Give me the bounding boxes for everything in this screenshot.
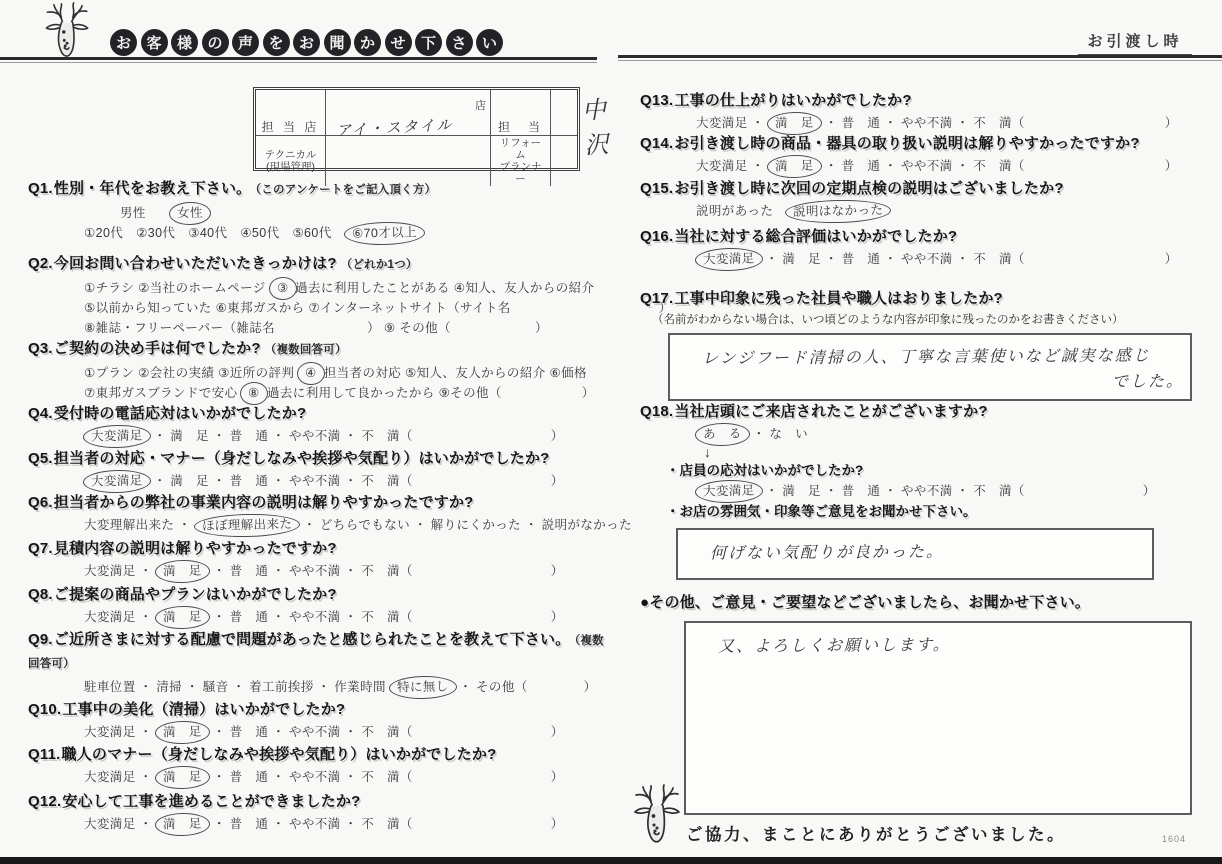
question-heading: 安心して工事を進めることができましたか?	[62, 793, 360, 810]
option-text: 過去に利用したことがある ④知人、友人からの紹介	[295, 281, 594, 295]
question-number: Q9.	[28, 631, 53, 648]
question-heading: 当社に対する総合評価はいかがでしたか?	[674, 228, 957, 245]
handwritten-comment: レンジフード清掃の人、丁寧な言葉使いなど誠実な感じ	[684, 342, 1176, 371]
options-line: ⑦東邦ガスブランドで安心 ⑧過去に利用して良かったから ⑨その他（）	[28, 383, 610, 403]
comment-box: レンジフード清掃の人、丁寧な言葉使いなど誠実な感じでした。	[668, 333, 1192, 401]
question-q3: Q3.ご契約の決め手は何でしたか?（複数回答可）①プラン ②会社の実績 ③近所の…	[28, 338, 610, 403]
comment-box: 又、よろしくお願いします。	[684, 621, 1192, 815]
thanks-message: ご協力、まことにありがとうございました。	[686, 821, 1066, 845]
survey-page: お客様の声をお聞かせ下さい お引渡し時 担 当 店 アイ・スタイル 店 担 当 …	[0, 0, 1222, 864]
title-badge-char: 聞	[324, 29, 351, 56]
question-heading-row: Q12.安心して工事を進めることができましたか?	[28, 791, 610, 812]
option-text: 大変満足 ・	[696, 159, 768, 173]
option-text: 駐車位置 ・ 清掃 ・ 騒音 ・ 着工前挨拶 ・ 作業時間	[84, 680, 390, 694]
circled-selected-option: 女性	[169, 202, 211, 226]
question-q4: Q4.受付時の電話応対はいかがでしたか?大変満足 ・ 満 足 ・ 普 通 ・ や…	[28, 403, 610, 446]
circled-selected-option: 満 足	[767, 111, 822, 135]
title-badge-char: 様	[171, 29, 198, 56]
title-badge-char: さ	[446, 29, 473, 56]
question-number: Q3.	[28, 340, 53, 357]
circled-selected-option: 大変満足	[83, 424, 151, 448]
answer-blank	[413, 735, 551, 736]
question-note: （このアンケートをご記入頂く方）	[255, 184, 436, 196]
question-q1: Q1.性別・年代をお教え下さい。（このアンケートをご記入頂く方）男性女性①20代…	[28, 178, 610, 243]
right-section-title: お引渡し時	[1078, 30, 1192, 56]
option-text: ）	[582, 386, 595, 400]
circled-selected-option: 大変満足	[695, 247, 763, 271]
question-q11: Q11.職人のマナー（身だしなみや挨拶や気配り）はいかがでしたか?大変満足 ・ …	[28, 744, 610, 787]
option-text: ）	[551, 725, 564, 739]
question-q17: Q17.工事中印象に残った社員や職人はおりましたか?（名前がわからない場合は、い…	[640, 288, 1218, 401]
question-q8: Q8.ご提案の商品やプランはいかがでしたか?大変満足 ・ 満 足 ・ 普 通 ・…	[28, 584, 610, 627]
question-heading: 職人のマナー（身だしなみや挨拶や気配り）はいかがでしたか?	[62, 746, 497, 763]
answer-blank	[1025, 169, 1165, 170]
option-text: ）	[1165, 252, 1178, 266]
circled-selected-option: あ る	[695, 422, 750, 446]
option-text: 大変満足 ・	[84, 770, 156, 784]
option-text: 大変満足 ・	[84, 564, 156, 578]
title-badge-char: の	[202, 29, 229, 56]
answer-blank	[1025, 126, 1165, 127]
answer-blank	[413, 439, 551, 440]
question-heading-row: Q1.性別・年代をお教え下さい。（このアンケートをご記入頂く方）	[28, 178, 610, 201]
options-line: 大変満足 ・ 満 足 ・ 普 通 ・ やや不満 ・ 不 満（）	[28, 426, 610, 446]
circled-selected-option: 満 足	[155, 812, 210, 836]
question-q16: Q16.当社に対する総合評価はいかがでしたか?大変満足 ・ 満 足 ・ 普 通 …	[640, 226, 1218, 269]
option-text: ）	[551, 817, 564, 831]
options-line: 大変満足 ・ 満 足 ・ 普 通 ・ やや不満 ・ 不 満（）	[28, 814, 610, 834]
question-q18: Q18.当社店頭にご来店されたことがございますか?あ る ・ な い↓・店員の応…	[640, 401, 1218, 580]
question-heading: 工事の仕上がりはいかがでしたか?	[674, 92, 911, 109]
option-text: ）	[1165, 116, 1178, 130]
question-heading-row: Q14.お引き渡し時の商品・器具の取り扱い説明は解りやすかったですか?	[640, 133, 1218, 154]
question-q12: Q12.安心して工事を進めることができましたか?大変満足 ・ 満 足 ・ 普 通…	[28, 791, 610, 834]
title-badge-char: お	[110, 29, 137, 56]
option-text: ・ 普 通 ・ やや不満 ・ 不 満（	[209, 725, 413, 739]
answer-blank	[528, 690, 584, 691]
answer-blank	[413, 574, 551, 575]
question-number: Q15.	[640, 180, 673, 197]
options-line: 大変満足 ・ 満 足 ・ 普 通 ・ やや不満 ・ 不 満（）	[640, 156, 1218, 176]
option-text: ・ な い	[749, 427, 808, 441]
sub-question: ・お店の雰囲気・印象等ご意見をお聞かせ下さい。	[640, 502, 1218, 522]
question-heading-row: Q6.担当者からの弊社の事業内容の説明は解りやすかったですか?	[28, 492, 610, 513]
circled-selected-option: 大変満足	[83, 469, 151, 493]
circled-selected-option: 満 足	[155, 720, 210, 744]
question-number: Q1.	[28, 180, 53, 197]
options-line: 駐車位置 ・ 清掃 ・ 騒音 ・ 着工前挨拶 ・ 作業時間 特に無し ・ その他…	[28, 677, 610, 697]
title-badge-char: を	[263, 29, 290, 56]
question-heading: 担当者からの弊社の事業内容の説明は解りやすかったですか?	[54, 494, 474, 511]
circled-selected-option: ⑧	[240, 382, 268, 406]
store-suffix-label: 店	[475, 97, 486, 113]
question-q7: Q7.見積内容の説明は解りやすかったですか?大変満足 ・ 満 足 ・ 普 通 ・…	[28, 538, 610, 581]
question-heading-row: Q18.当社店頭にご来店されたことがございますか?	[640, 401, 1218, 422]
circled-selected-option: ほぼ理解出来た	[194, 513, 301, 538]
option-text: ・ 満 足 ・ 普 通 ・ やや不満 ・ 不 満（	[150, 429, 413, 443]
option-text: ）	[551, 429, 564, 443]
option-text: ・ 満 足 ・ 普 通 ・ やや不満 ・ 不 満（	[762, 484, 1025, 498]
circled-selected-option: 満 足	[155, 765, 210, 789]
question-number: Q2.	[28, 255, 53, 272]
options-line: あ る ・ な い	[640, 424, 1218, 444]
circled-selected-option: 満 足	[767, 154, 822, 178]
question-heading: 今回お問い合わせいただいたきっかけは?	[54, 255, 337, 272]
question-note: （複数回答可）	[265, 344, 347, 356]
option-text: 男性	[120, 206, 146, 220]
question-note: （どれか1つ）	[341, 259, 418, 271]
staff-table-row: 担 当 店 アイ・スタイル 店 担 当 中沢	[256, 90, 577, 135]
question-heading-row: Q17.工事中印象に残った社員や職人はおりましたか?	[640, 288, 1218, 309]
title-badge-char: 下	[415, 29, 442, 56]
question-heading-row: Q8.ご提案の商品やプランはいかがでしたか?	[28, 584, 610, 605]
option-text: ⑦東邦ガスブランドで安心	[84, 386, 241, 400]
question-heading-row: Q9.ご近所さまに対する配慮で問題があったと感じられたことを教えて下さい。（複数…	[28, 629, 610, 675]
header-rule-right-thin	[618, 60, 1222, 61]
options-line: 大変満足 ・ 満 足 ・ 普 通 ・ やや不満 ・ 不 満（）	[28, 561, 610, 581]
comment-box: 何げない気配りが良かった。	[676, 528, 1154, 580]
left-column: Q1.性別・年代をお教え下さい。（このアンケートをご記入頂く方）男性女性①20代…	[28, 178, 610, 834]
option-text: 大変満足 ・	[84, 610, 156, 624]
option-text: ）	[584, 680, 597, 694]
option-text: ）	[1143, 484, 1156, 498]
option-text: 大変理解出来た ・	[84, 518, 195, 532]
question-heading: ご提案の商品やプランはいかがでしたか?	[54, 586, 337, 603]
answer-blank	[413, 620, 551, 621]
answer-blank	[1025, 494, 1143, 495]
option-text: ①チラシ ②当社のホームページ	[84, 281, 270, 295]
handwritten-comment: 又、よろしくお願いします。	[700, 630, 1176, 659]
arrow-down-icon: ↓	[640, 444, 1218, 460]
circled-selected-option: 大変満足	[695, 479, 763, 503]
option-text: ）	[535, 321, 548, 335]
question-number: Q11.	[28, 746, 61, 763]
staff-table-row: テクニカル (現場管理) リフォーム プランナー	[256, 135, 577, 168]
answer-blank	[413, 827, 551, 828]
option-text: ・ 普 通 ・ やや不満 ・ 不 満（	[209, 610, 413, 624]
question-q5: Q5.担当者の対応・マナー（身だしなみや挨拶や気配り）はいかがでしたか?大変満足…	[28, 448, 610, 491]
question-heading-row: Q15.お引き渡し時に次回の定期点検の説明はございましたか?	[640, 178, 1218, 199]
options-line: 男性女性	[28, 203, 610, 223]
options-line: 大変満足 ・ 満 足 ・ 普 通 ・ やや不満 ・ 不 満（）	[28, 607, 610, 627]
answer-blank	[413, 484, 551, 485]
circled-selected-option: ④	[297, 362, 325, 386]
option-text: ・ その他（	[455, 680, 527, 694]
question-heading-row: Q2.今回お問い合わせいただいたきっかけは?（どれか1つ）	[28, 253, 610, 276]
question-number: Q5.	[28, 450, 53, 467]
deer-icon	[30, 1, 106, 61]
question-heading: 担当者の対応・マナー（身だしなみや挨拶や気配り）はいかがでしたか?	[54, 450, 550, 467]
question-heading: ご契約の決め手は何でしたか?	[54, 340, 261, 357]
question-number: Q17.	[640, 290, 673, 307]
options-line: 大変満足 ・ 満 足 ・ 普 通 ・ やや不満 ・ 不 満（）	[640, 249, 1218, 269]
circled-selected-option: ⑥70才以上	[343, 221, 424, 246]
options-line: 大変満足 ・ 満 足 ・ 普 通 ・ やや不満 ・ 不 満（）	[640, 481, 1218, 501]
technical-label-line1: テクニカル	[260, 149, 321, 161]
deer-icon	[626, 774, 690, 856]
option-text: 大変満足 ・	[84, 725, 156, 739]
question-heading: 受付時の電話応対はいかがでしたか?	[54, 405, 307, 422]
question-heading-row: Q13.工事の仕上がりはいかがでしたか?	[640, 90, 1218, 111]
circled-selected-option: 満 足	[155, 559, 210, 583]
options-line: 大変満足 ・ 満 足 ・ 普 通 ・ やや不満 ・ 不 満（）	[28, 471, 610, 491]
question-heading-row: Q4.受付時の電話応対はいかがでしたか?	[28, 403, 610, 424]
answer-blank	[146, 216, 170, 217]
option-text: ①プラン ②会社の実績 ③近所の評判	[84, 366, 298, 380]
bottom-edge-bar	[0, 857, 1222, 864]
answer-blank	[511, 311, 659, 312]
title-badge-char: い	[476, 29, 503, 56]
option-text: 過去に利用して良かったから ⑨その他（	[267, 386, 502, 400]
header-rule-right	[618, 55, 1222, 58]
option-text: ・ 普 通 ・ やや不満 ・ 不 満（	[209, 564, 413, 578]
option-text: ・ 普 通 ・ やや不満 ・ 不 満（	[209, 817, 413, 831]
question-q15: Q15.お引き渡し時に次回の定期点検の説明はございましたか?説明があった 説明は…	[640, 178, 1218, 221]
question-heading-row: ●その他、ご意見・ご要望などございましたら、お聞かせ下さい。	[640, 592, 1218, 613]
question-number: Q12.	[28, 793, 61, 810]
option-text: 担当者の対応 ⑤知人、友人からの紹介 ⑥価格	[324, 366, 587, 380]
handwritten-comment: 何げない気配りが良かった。	[692, 537, 1138, 566]
option-text: 説明があった	[696, 204, 786, 218]
question-heading-row: Q16.当社に対する総合評価はいかがでしたか?	[640, 226, 1218, 247]
circled-selected-option: 説明はなかった	[785, 199, 892, 224]
question-number: Q6.	[28, 494, 53, 511]
circled-selected-option: ③	[268, 277, 296, 301]
question-q6: Q6.担当者からの弊社の事業内容の説明は解りやすかったですか?大変理解出来た ・…	[28, 492, 610, 535]
option-text: ）	[551, 770, 564, 784]
question-heading: お引き渡し時の商品・器具の取り扱い説明は解りやすかったですか?	[674, 135, 1139, 152]
question-number: Q7.	[28, 540, 53, 557]
title-badge-char: 声	[232, 29, 259, 56]
question-heading: 工事中の美化（清掃）はいかがでしたか?	[62, 701, 345, 718]
option-text: 大変満足 ・	[696, 116, 768, 130]
question-heading: ご近所さまに対する配慮で問題があったと感じられたことを教えて下さい。	[54, 631, 571, 648]
header-rule-left-thin	[0, 62, 597, 63]
question-number: Q16.	[640, 228, 673, 245]
question-number: Q8.	[28, 586, 53, 603]
options-line: ⑤以前から知っていた ⑥東邦ガスから ⑦インターネットサイト（サイト名）	[28, 298, 610, 318]
question-q2: Q2.今回お問い合わせいただいたきっかけは?（どれか1つ）①チラシ ②当社のホー…	[28, 253, 610, 338]
question-number: Q13.	[640, 92, 673, 109]
options-line: ①プラン ②会社の実績 ③近所の評判 ④担当者の対応 ⑤知人、友人からの紹介 ⑥…	[28, 363, 610, 383]
option-text: ・ 普 通 ・ やや不満 ・ 不 満（	[209, 770, 413, 784]
answer-blank	[275, 331, 367, 332]
question-heading-row: Q7.見積内容の説明は解りやすかったですか?	[28, 538, 610, 559]
option-text: ⑧雑誌・フリーペーパー（雑誌名	[84, 321, 275, 335]
form-title: お客様の声をお聞かせ下さい	[110, 29, 507, 56]
question-q10: Q10.工事中の美化（清掃）はいかがでしたか?大変満足 ・ 満 足 ・ 普 通 …	[28, 699, 610, 742]
planner-label-line1: リフォーム	[495, 137, 546, 161]
question-subnote: （名前がわからない場合は、いつ頃どのような内容が印象に残ったのかをお書きください…	[640, 311, 1218, 329]
options-line: 大変理解出来た ・ ほぼ理解出来た ・ どちらでもない ・ 解りにくかった ・ …	[28, 515, 610, 535]
title-badge-char: せ	[385, 29, 412, 56]
options-line: 説明があった 説明はなかった	[640, 201, 1218, 221]
option-text: ①20代 ②30代 ③40代 ④50代 ⑤60代	[84, 226, 345, 240]
question-heading: 当社店頭にご来店されたことがございますか?	[674, 403, 987, 420]
options-line: 大変満足 ・ 満 足 ・ 普 通 ・ やや不満 ・ 不 満（）	[28, 767, 610, 787]
question-heading: 性別・年代をお教え下さい。	[54, 180, 252, 197]
option-text: 大変満足 ・	[84, 817, 156, 831]
option-text: ⑤以前から知っていた ⑥東邦ガスから ⑦インターネットサイト（サイト名	[84, 301, 511, 315]
title-badge-char: か	[354, 29, 381, 56]
circled-selected-option: 特に無し	[389, 675, 457, 699]
options-line: ①チラシ ②当社のホームページ ③過去に利用したことがある ④知人、友人からの紹…	[28, 278, 610, 298]
question-number: Q4.	[28, 405, 53, 422]
question-heading: お引き渡し時に次回の定期点検の説明はございましたか?	[674, 180, 1063, 197]
circled-selected-option: 満 足	[155, 605, 210, 629]
question-number: Q18.	[640, 403, 673, 420]
option-text: ・ 満 足 ・ 普 通 ・ やや不満 ・ 不 満（	[762, 252, 1025, 266]
right-column: Q13.工事の仕上がりはいかがでしたか?大変満足 ・ 満 足 ・ 普 通 ・ や…	[640, 90, 1218, 815]
option-text: ・ どちらでもない ・ 解りにくかった ・ 説明がなかった	[299, 518, 632, 532]
question-q13: Q13.工事の仕上がりはいかがでしたか?大変満足 ・ 満 足 ・ 普 通 ・ や…	[640, 90, 1218, 133]
question-heading-row: Q5.担当者の対応・マナー（身だしなみや挨拶や気配り）はいかがでしたか?	[28, 448, 610, 469]
option-text: ）	[551, 564, 564, 578]
option-text: ） ⑨ その他（	[367, 321, 451, 335]
option-text: ・ 満 足 ・ 普 通 ・ やや不満 ・ 不 満（	[150, 474, 413, 488]
answer-blank	[413, 780, 551, 781]
title-badge-char: 客	[141, 29, 168, 56]
question-heading: 工事中印象に残った社員や職人はおりましたか?	[674, 290, 1003, 307]
question-heading-row: Q11.職人のマナー（身だしなみや挨拶や気配り）はいかがでしたか?	[28, 744, 610, 765]
handwritten-comment: でした。	[684, 368, 1176, 397]
options-line: 大変満足 ・ 満 足 ・ 普 通 ・ やや不満 ・ 不 満（）	[640, 113, 1218, 133]
question-heading-row: Q10.工事中の美化（清掃）はいかがでしたか?	[28, 699, 610, 720]
options-line: 大変満足 ・ 満 足 ・ 普 通 ・ やや不満 ・ 不 満（）	[28, 722, 610, 742]
option-text: ）	[551, 474, 564, 488]
question-heading-row: Q3.ご契約の決め手は何でしたか?（複数回答可）	[28, 338, 610, 361]
question-heading: 見積内容の説明は解りやすかったですか?	[54, 540, 337, 557]
option-text: ・ 普 通 ・ やや不満 ・ 不 満（	[821, 159, 1025, 173]
technical-label-line2: (現場管理)	[260, 161, 321, 173]
answer-blank	[1025, 262, 1165, 263]
options-line: ①20代 ②30代 ③40代 ④50代 ⑤60代 ⑥70才以上	[28, 223, 610, 243]
question-number: Q10.	[28, 701, 61, 718]
staff-table: 担 当 店 アイ・スタイル 店 担 当 中沢 テクニカル (現場管理) リフォー…	[253, 87, 580, 171]
question-number: Q14.	[640, 135, 673, 152]
option-text: ）	[1165, 159, 1178, 173]
options-line: ⑧雑誌・フリーペーパー（雑誌名） ⑨ その他（）	[28, 318, 610, 338]
question-q9: Q9.ご近所さまに対する配慮で問題があったと感じられたことを教えて下さい。（複数…	[28, 629, 610, 697]
question-other: ●その他、ご意見・ご要望などございましたら、お聞かせ下さい。 又、よろしくお願い…	[640, 592, 1218, 815]
sub-question: ・店員の応対はいかがでしたか?	[640, 461, 1218, 481]
page-number: 1604	[1162, 834, 1186, 844]
question-q14: Q14.お引き渡し時の商品・器具の取り扱い説明は解りやすかったですか?大変満足 …	[640, 133, 1218, 176]
option-text: ）	[551, 610, 564, 624]
title-badge-char: お	[293, 29, 320, 56]
answer-blank	[502, 396, 582, 397]
option-text: ・ 普 通 ・ やや不満 ・ 不 満（	[821, 116, 1025, 130]
question-heading: ●その他、ご意見・ご要望などございましたら、お聞かせ下さい。	[640, 594, 1090, 611]
answer-blank	[451, 331, 535, 332]
